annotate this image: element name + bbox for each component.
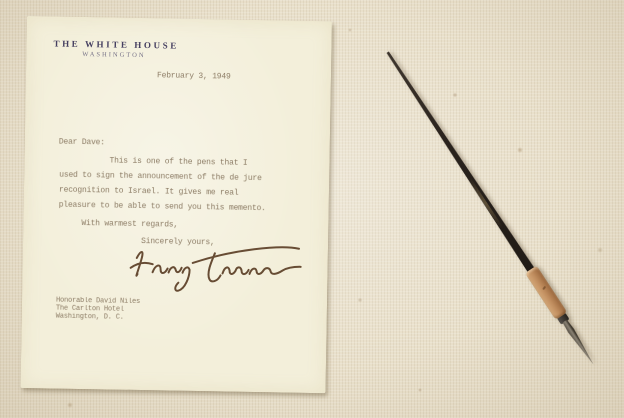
letterhead-line-2: WASHINGTON: [82, 51, 145, 59]
white-house-letterhead: THE WHITE HOUSE WASHINGTON: [27, 16, 332, 21]
regards-line: With warmest regards,: [81, 219, 178, 230]
photo-background: THE WHITE HOUSE WASHINGTON February 3, 1…: [0, 0, 624, 418]
date-line: February 3, 1949: [157, 71, 231, 81]
dip-pen: [381, 48, 603, 374]
body-line-4: pleasure to be able to send you this mem…: [59, 201, 266, 214]
truman-signature: [122, 236, 307, 299]
letter-paper: THE WHITE HOUSE WASHINGTON February 3, 1…: [21, 16, 332, 393]
letter-body: This is one of the pens that I used to s…: [27, 16, 332, 21]
body-line-3: recognition to Israel. It gives me real: [59, 186, 239, 198]
salutation: Dear Dave:: [59, 138, 105, 148]
signature-text: Harry Truman: [27, 16, 28, 17]
pen-shaft: [383, 49, 537, 275]
pen-cork-grip: [525, 265, 567, 319]
pen-nib: [561, 319, 597, 367]
address-line-3: Washington, D. C.: [56, 313, 124, 322]
letterhead-line-1: THE WHITE HOUSE: [53, 38, 179, 50]
body-line-2: used to sign the announcement of the de …: [59, 171, 262, 184]
pen-engraving-highlight: [468, 177, 503, 229]
address-block: Honorable David Niles The Carlton Hotel …: [27, 16, 332, 21]
body-line-1: This is one of the pens that I: [109, 156, 247, 167]
